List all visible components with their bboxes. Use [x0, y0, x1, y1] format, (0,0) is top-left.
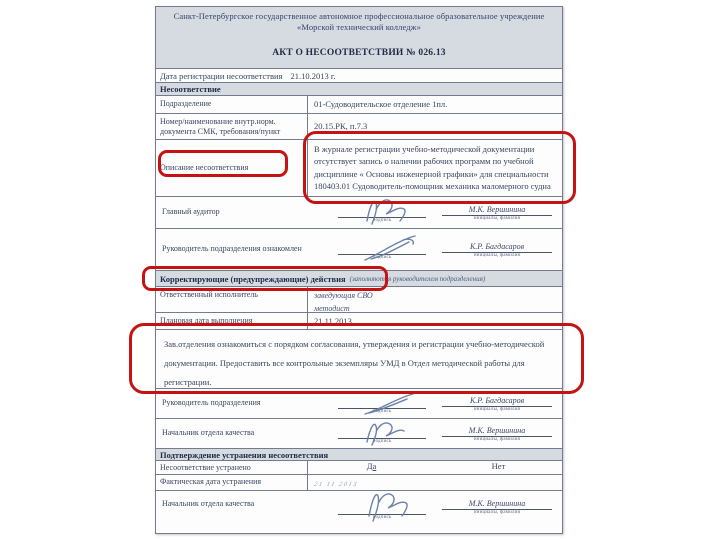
signature-area: подпись	[322, 202, 442, 223]
signature-scribble	[363, 392, 419, 416]
table-row: Фактическая дата устранения 21 11 2013	[156, 475, 562, 491]
division-value: 01-Судоводительское отделение 1пл.	[308, 96, 562, 113]
resolved-no: Нет	[435, 461, 562, 474]
signature-scribble	[363, 418, 413, 446]
table-row: Главный аудитор подпись М.К. Вершинина и…	[156, 197, 562, 229]
document-header: Санкт-Петербургское государственное авто…	[156, 7, 562, 69]
resolved-yes: Да	[308, 461, 435, 474]
table-row: Номер/наименование внутр.норм. документа…	[156, 114, 562, 140]
section-nonconformity: Несоответствие	[156, 83, 562, 96]
division-head-label: Руководитель подразделения	[162, 398, 322, 408]
chief-auditor-label: Главный аудитор	[162, 207, 322, 217]
name-area: К.Р. Багдасаров инициалы, фамилия	[442, 242, 552, 258]
table-row: Подразделение 01-Судоводительское отделе…	[156, 96, 562, 114]
signature-line	[338, 393, 426, 409]
signature-scribble	[363, 234, 423, 262]
smk-document-label: Номер/наименование внутр.норм. документа…	[156, 114, 308, 139]
table-row: Ответственный исполнитель заведующая СВО…	[156, 287, 562, 313]
description-label: Описание несоответствия	[156, 140, 308, 196]
section-confirmation: Подтверждение устранения несоответствия	[156, 449, 562, 461]
division-head-name: К.Р. Багдасаров	[442, 396, 552, 407]
name-area: М.К. Вершинина инициалы, фамилия	[442, 205, 552, 221]
planned-date-value: 21.11.2013	[308, 313, 562, 329]
signature-scribble	[363, 195, 415, 225]
responsible-line1: заведующая СВО	[314, 290, 556, 303]
table-row: Начальник отдела качества подпись М.К. В…	[156, 419, 562, 449]
actual-date-value: 21 11 2013	[308, 475, 562, 490]
name-caption: инициалы, фамилия	[442, 510, 552, 515]
signature-line	[338, 423, 426, 439]
handwritten-date: 21 11 2013	[313, 481, 359, 489]
slide-canvas: { "colors": { "accent_red": "#c51313", "…	[0, 0, 720, 540]
name-area: М.К. Вершинина инициалы, фамилия	[442, 499, 552, 515]
act-document: Санкт-Петербургское государственное авто…	[155, 6, 563, 534]
signature-area: подпись	[322, 423, 442, 444]
table-row: Плановая дата выполнения 21.11.2013	[156, 313, 562, 330]
registration-date-label: Дата регистрации несоответствия	[160, 71, 282, 81]
signature-area: подпись	[322, 393, 442, 414]
name-caption: инициалы, фамилия	[442, 437, 552, 442]
corrective-action-text: Зав.отделения ознакомиться с порядком со…	[156, 330, 562, 389]
signature-line	[338, 239, 426, 255]
quality-head-name: М.К. Вершинина	[442, 426, 552, 437]
name-caption: инициалы, фамилия	[442, 407, 552, 412]
registration-date-row: Дата регистрации несоответствия 21.10.20…	[156, 69, 562, 83]
quality-head-label: Начальник отдела качества	[162, 428, 322, 438]
table-row: Руководитель подразделения подпись К.Р. …	[156, 389, 562, 419]
section-corrective-title: Корректирующие (предупреждающие) действи…	[160, 274, 346, 284]
resolved-label: Несоответствие устранено	[156, 461, 308, 474]
signature-scribble	[363, 488, 415, 522]
table-row: Несоответствие устранено Да Нет	[156, 461, 562, 475]
name-caption: инициалы, фамилия	[442, 216, 552, 221]
section-corrective-actions: Корректирующие (предупреждающие) действи…	[156, 271, 562, 287]
actual-date-label: Фактическая дата устранения	[156, 475, 308, 490]
name-caption: инициалы, фамилия	[442, 253, 552, 258]
page-title: АКТ О НЕСООТВЕТСТВИИ № 026.13	[272, 48, 445, 58]
registration-date-value: 21.10.2013 г.	[290, 71, 335, 81]
division-head-acquainted-label: Руководитель подразделения ознакомлен	[162, 244, 322, 254]
institution-name: Санкт-Петербургское государственное авто…	[166, 11, 552, 34]
section-nonconformity-title: Несоответствие	[160, 84, 221, 94]
table-row: Начальник отдела качества подпись М.К. В…	[156, 491, 562, 533]
signature-area: подпись	[322, 499, 442, 520]
quality-head-final-name: М.К. Вершинина	[442, 499, 552, 510]
description-value: В журнале регистрации учебно-методическо…	[308, 140, 562, 196]
name-area: К.Р. Багдасаров инициалы, фамилия	[442, 396, 552, 412]
smk-document-value: 20.15.РК, п.7.3	[308, 114, 562, 139]
signature-line	[338, 499, 426, 515]
section-corrective-note: (заполняются руководителем подразделения…	[350, 275, 486, 283]
signature-area: подпись	[322, 239, 442, 260]
planned-date-label: Плановая дата выполнения	[156, 313, 308, 329]
quality-head-final-label: Начальник отдела качества	[162, 499, 322, 509]
table-row: Руководитель подразделения ознакомлен по…	[156, 229, 562, 271]
responsible-executor-label: Ответственный исполнитель	[156, 287, 308, 312]
division-head-name: К.Р. Багдасаров	[442, 242, 552, 253]
division-label: Подразделение	[156, 96, 308, 113]
section-confirmation-title: Подтверждение устранения несоответствия	[160, 450, 328, 460]
name-area: М.К. Вершинина инициалы, фамилия	[442, 426, 552, 442]
signature-line	[338, 202, 426, 218]
auditor-name: М.К. Вершинина	[442, 205, 552, 216]
responsible-executor-value: заведующая СВО методист	[308, 287, 562, 312]
table-row: Описание несоответствия В журнале регист…	[156, 140, 562, 197]
resolved-options: Да Нет	[308, 461, 562, 474]
